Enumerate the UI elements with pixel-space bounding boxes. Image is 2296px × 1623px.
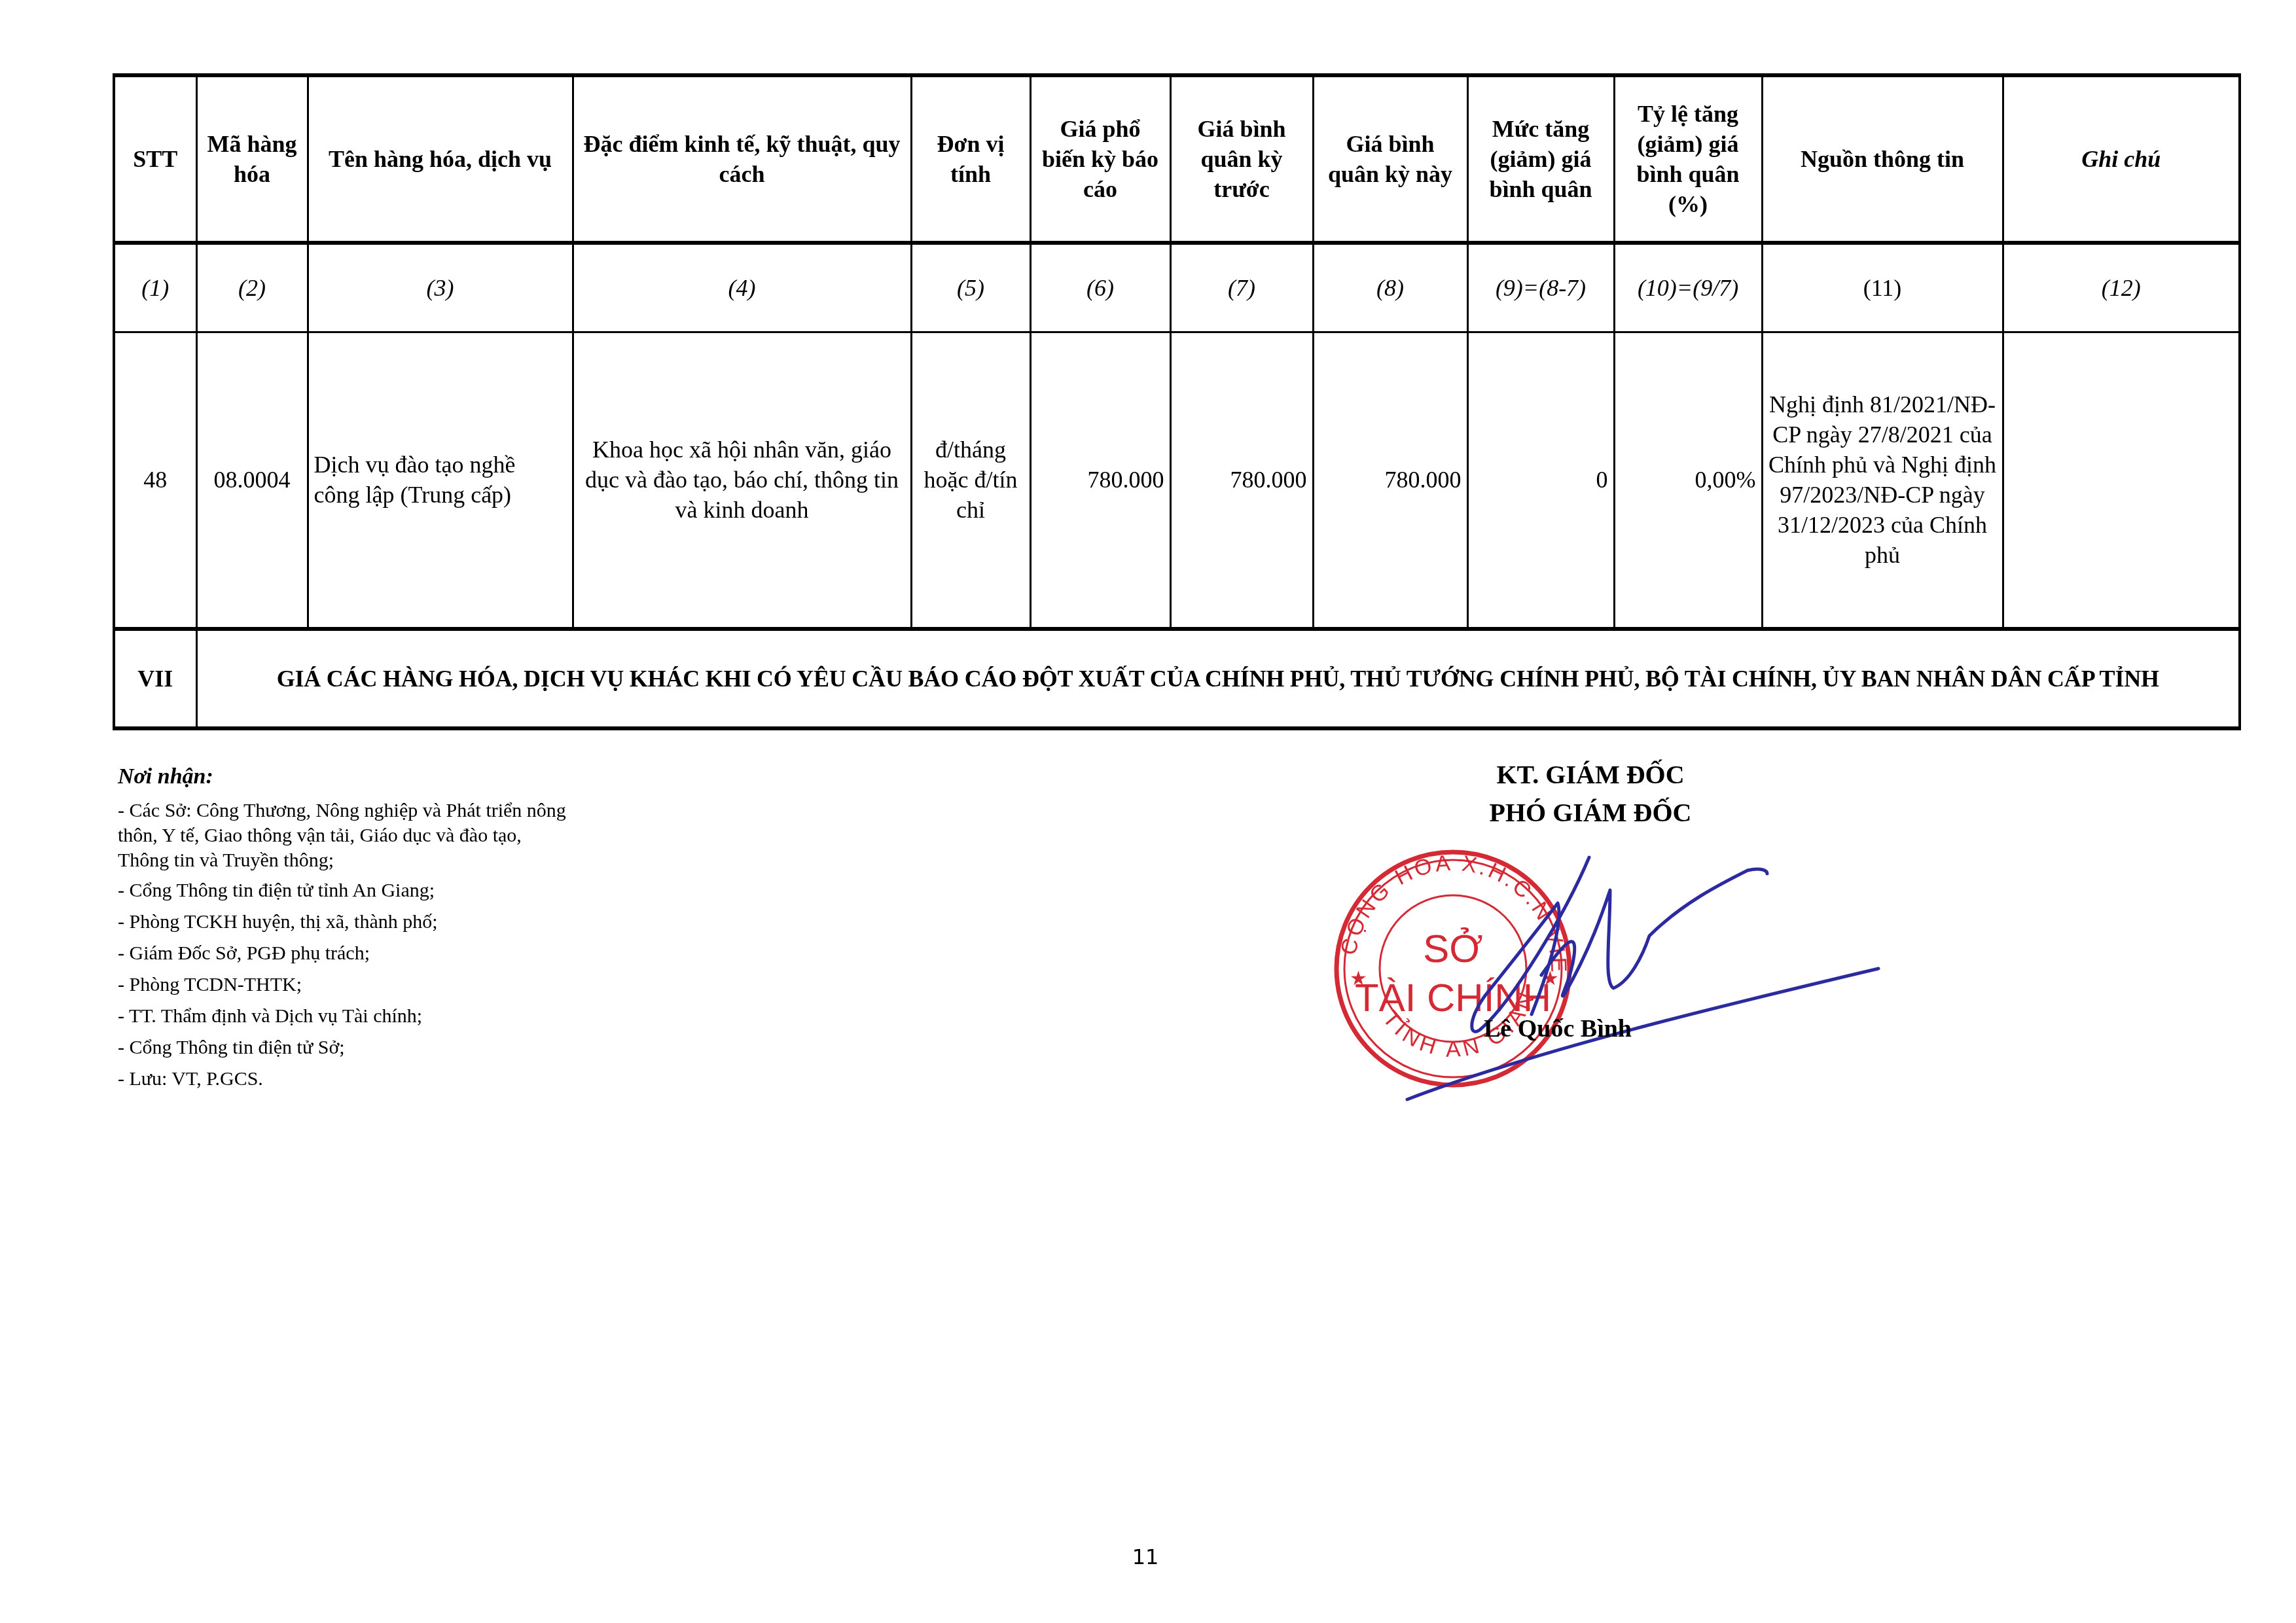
- recipient-item: - Lưu: VT, P.GCS.: [118, 1067, 576, 1092]
- section-row: VII GIÁ CÁC HÀNG HÓA, DỊCH VỤ KHÁC KHI C…: [114, 629, 2240, 728]
- table-row: 48 08.0004 Dịch vụ đào tạo nghề công lập…: [114, 332, 2240, 629]
- recipient-item: - Cổng Thông tin điện tử tỉnh An Giang;: [118, 878, 576, 903]
- cell-specs: Khoa học xã hội nhân văn, giáo dục và đà…: [573, 332, 911, 629]
- recipient-item: - Giám Đốc Sở, PGĐ phụ trách;: [118, 941, 576, 966]
- cell-change-percent: 0,00%: [1614, 332, 1762, 629]
- price-report-table: STT Mã hàng hóa Tên hàng hóa, dịch vụ Đặ…: [113, 73, 2241, 730]
- seal-center-line2: TÀI CHÍNH: [1355, 976, 1551, 1020]
- section-title: GIÁ CÁC HÀNG HÓA, DỊCH VỤ KHÁC KHI CÓ YÊ…: [196, 629, 2240, 728]
- index-cell: (5): [911, 243, 1030, 332]
- recipient-item: - Các Sở: Công Thương, Nông nghiệp và Ph…: [118, 798, 576, 873]
- header-common-price: Giá phổ biến kỳ báo cáo: [1030, 75, 1170, 243]
- index-cell: (7): [1170, 243, 1313, 332]
- cell-stt: 48: [114, 332, 196, 629]
- recipient-item: - Phòng TCKH huyện, thị xã, thành phố;: [118, 910, 576, 935]
- index-cell: (10)=(9/7): [1614, 243, 1762, 332]
- index-cell: (9)=(8-7): [1467, 243, 1614, 332]
- section-number: VII: [114, 629, 196, 728]
- index-cell: (11): [1762, 243, 2003, 332]
- header-change-amount: Mức tăng (giảm) giá bình quân: [1467, 75, 1614, 243]
- cell-prev-avg-price: 780.000: [1170, 332, 1313, 629]
- index-cell: (8): [1313, 243, 1467, 332]
- index-cell: (3): [308, 243, 573, 332]
- header-note: Ghi chú: [2003, 75, 2240, 243]
- svg-text:★: ★: [1350, 968, 1367, 990]
- signature-title-line2: PHÓ GIÁM ĐỐC: [1394, 797, 1787, 828]
- header-row: STT Mã hàng hóa Tên hàng hóa, dịch vụ Đặ…: [114, 75, 2240, 243]
- column-index-row: (1) (2) (3) (4) (5) (6) (7) (8) (9)=(8-7…: [114, 243, 2240, 332]
- header-code: Mã hàng hóa: [196, 75, 308, 243]
- index-cell: (4): [573, 243, 911, 332]
- page-number: 11: [1113, 1544, 1178, 1569]
- seal-center-line1: SỞ: [1423, 927, 1482, 971]
- header-name: Tên hàng hóa, dịch vụ: [308, 75, 573, 243]
- header-stt: STT: [114, 75, 196, 243]
- cell-source: Nghị định 81/2021/NĐ-CP ngày 27/8/2021 c…: [1762, 332, 2003, 629]
- cell-name: Dịch vụ đào tạo nghề công lập (Trung cấp…: [308, 332, 573, 629]
- header-source: Nguồn thông tin: [1762, 75, 2003, 243]
- recipients-title: Nơi nhận:: [118, 764, 576, 789]
- recipient-item: - Phòng TCDN-THTK;: [118, 972, 576, 997]
- signature-title-line1: KT. GIÁM ĐỐC: [1394, 759, 1787, 790]
- index-cell: (12): [2003, 243, 2240, 332]
- cell-common-price: 780.000: [1030, 332, 1170, 629]
- official-seal-icon: CỘNG HÒA X.H.C.N VIỆT NAM TỈNH AN GIANG …: [1316, 831, 1905, 1106]
- recipients-block: Nơi nhận: - Các Sở: Công Thương, Nông ng…: [118, 764, 576, 1098]
- document-page: STT Mã hàng hóa Tên hàng hóa, dịch vụ Đặ…: [0, 0, 2296, 1623]
- cell-unit: đ/tháng hoặc đ/tín chỉ: [911, 332, 1030, 629]
- cell-change-amount: 0: [1467, 332, 1614, 629]
- index-cell: (2): [196, 243, 308, 332]
- header-curr-avg-price: Giá bình quân kỳ này: [1313, 75, 1467, 243]
- recipient-item: - TT. Thẩm định và Dịch vụ Tài chính;: [118, 1004, 576, 1029]
- header-change-percent: Tỷ lệ tăng (giảm) giá bình quân (%): [1614, 75, 1762, 243]
- signer-name: Lê Quốc Bình: [1427, 1014, 1689, 1043]
- cell-curr-avg-price: 780.000: [1313, 332, 1467, 629]
- index-cell: (1): [114, 243, 196, 332]
- header-specs: Đặc điểm kinh tế, kỹ thuật, quy cách: [573, 75, 911, 243]
- cell-code: 08.0004: [196, 332, 308, 629]
- cell-note: [2003, 332, 2240, 629]
- header-prev-avg-price: Giá bình quân kỳ trước: [1170, 75, 1313, 243]
- index-cell: (6): [1030, 243, 1170, 332]
- header-unit: Đơn vị tính: [911, 75, 1030, 243]
- recipient-item: - Cổng Thông tin điện tử Sở;: [118, 1035, 576, 1060]
- signature-block: KT. GIÁM ĐỐC PHÓ GIÁM ĐỐC CỘNG HÒA X.H.C…: [1316, 759, 1905, 1099]
